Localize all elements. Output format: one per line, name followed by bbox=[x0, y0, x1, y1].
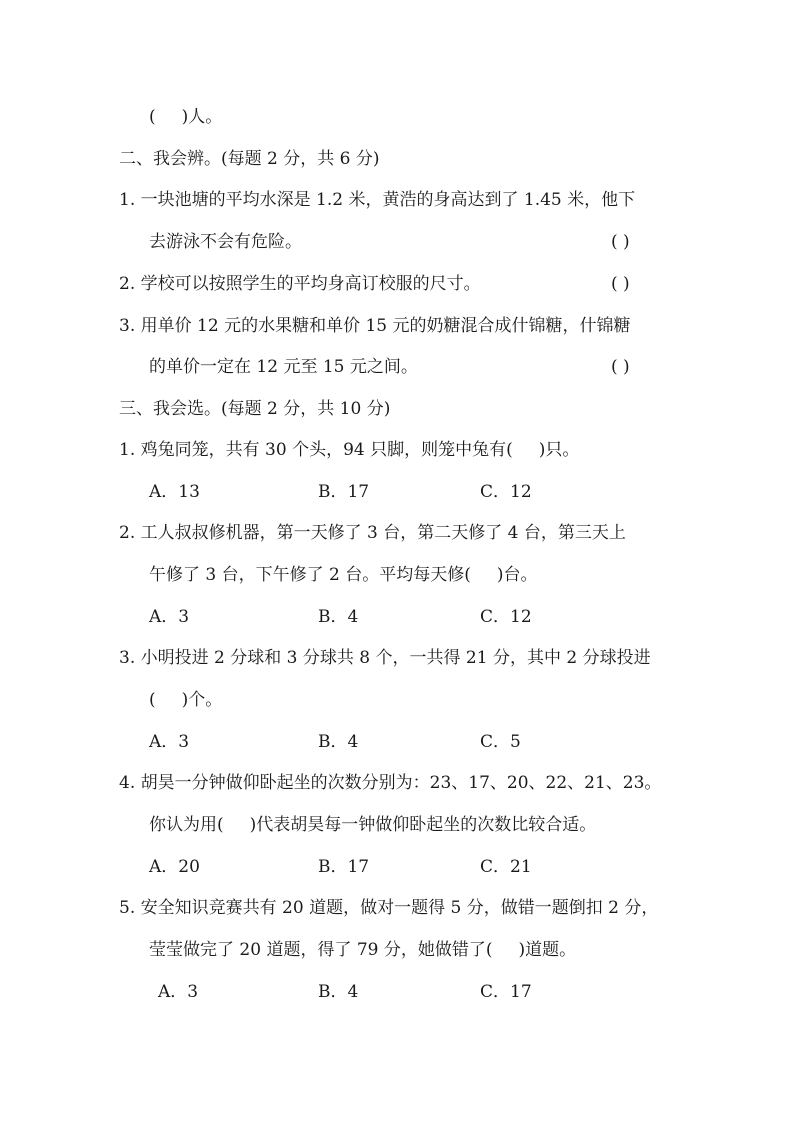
s2-q3-answer-box[interactable]: ( ) bbox=[611, 356, 630, 378]
question-text: ( bbox=[149, 690, 156, 710]
s3-q3-option-c[interactable]: C．5 bbox=[480, 731, 521, 753]
s3-q5-line1: 5. 安全知识竞赛共有 20 道题，做对一题得 5 分，做错一题倒扣 2 分， bbox=[119, 897, 658, 919]
carryover-line: ()人。 bbox=[149, 106, 222, 128]
s3-q2-line1: 2. 工人叔叔修机器，第一天修了 3 台，第二天修了 4 台，第三天上 bbox=[119, 522, 626, 544]
question-number: 2. bbox=[119, 274, 135, 294]
s3-q4-option-c[interactable]: C．21 bbox=[480, 856, 532, 878]
question-text: 你认为用( bbox=[149, 815, 224, 835]
question-number: 4. bbox=[119, 773, 135, 793]
question-number: 3. bbox=[119, 648, 135, 668]
question-number: 1. bbox=[119, 190, 135, 210]
question-text: 小明投进 2 分球和 3 分球共 8 个，一共得 21 分，其中 2 分球投进 bbox=[141, 648, 651, 668]
question-text: 工人叔叔修机器，第一天修了 3 台，第二天修了 4 台，第三天上 bbox=[141, 523, 626, 543]
question-text: 用单价 12 元的水果糖和单价 15 元的奶糖混合成什锦糖，什锦糖 bbox=[141, 316, 631, 336]
s3-q2-option-c[interactable]: C．12 bbox=[480, 606, 532, 628]
s2-q3-line2: 的单价一定在 12 元至 15 元之间。 bbox=[149, 356, 418, 378]
s2-q1-line2: 去游泳不会有危险。 bbox=[149, 231, 302, 253]
question-text: 胡昊一分钟做仰卧起坐的次数分别为：23、17、20、22、21、23。 bbox=[141, 773, 662, 793]
s3-q3-line2: ()个。 bbox=[149, 689, 222, 711]
question-number: 5. bbox=[119, 898, 135, 918]
question-number: 1. bbox=[119, 440, 135, 460]
question-text: 莹莹做完了 20 道题，得了 79 分，她做错了( bbox=[149, 940, 493, 960]
question-text: 学校可以按照学生的平均身高订校服的尺寸。 bbox=[141, 274, 481, 294]
s3-q1-option-c[interactable]: C．12 bbox=[480, 481, 532, 503]
s3-q5-option-c[interactable]: C．17 bbox=[480, 981, 532, 1003]
question-text: )只。 bbox=[539, 440, 580, 460]
section2-heading: 二、我会辨。(每题 2 分，共 6 分) bbox=[119, 148, 380, 170]
s3-q2-option-a[interactable]: A．3 bbox=[149, 606, 189, 628]
s3-q3-option-a[interactable]: A．3 bbox=[149, 731, 189, 753]
question-text: 一块池塘的平均水深是 1.2 米，黄浩的身高达到了 1.45 米，他下 bbox=[141, 190, 636, 210]
s2-q2-line1: 2. 学校可以按照学生的平均身高订校服的尺寸。 bbox=[119, 273, 481, 295]
s3-q2-line2: 午修了 3 台，下午修了 2 台。平均每天修()台。 bbox=[149, 564, 538, 586]
s3-q4-line1: 4. 胡昊一分钟做仰卧起坐的次数分别为：23、17、20、22、21、23。 bbox=[119, 772, 661, 794]
s2-q3-line1: 3. 用单价 12 元的水果糖和单价 15 元的奶糖混合成什锦糖，什锦糖 bbox=[119, 315, 631, 337]
s3-q5-option-a[interactable]: A．3 bbox=[158, 981, 198, 1003]
s3-q4-option-a[interactable]: A．20 bbox=[149, 856, 200, 878]
question-number: 3. bbox=[119, 316, 135, 336]
section3-heading: 三、我会选。(每题 2 分，共 10 分) bbox=[119, 398, 390, 420]
s2-q1-line1: 1. 一块池塘的平均水深是 1.2 米，黄浩的身高达到了 1.45 米，他下 bbox=[119, 189, 635, 211]
s2-q2-answer-box[interactable]: ( ) bbox=[611, 273, 630, 295]
question-text: )台。 bbox=[497, 565, 538, 585]
s3-q1-option-b[interactable]: B．17 bbox=[318, 481, 369, 503]
s3-q4-line2: 你认为用()代表胡昊每一钟做仰卧起坐的次数比较合适。 bbox=[149, 814, 596, 836]
question-number: 2. bbox=[119, 523, 135, 543]
s3-q3-option-b[interactable]: B．4 bbox=[318, 731, 358, 753]
s3-q1-line1: 1. 鸡兔同笼，共有 30 个头，94 只脚，则笼中兔有()只。 bbox=[119, 439, 579, 461]
s3-q4-option-b[interactable]: B．17 bbox=[318, 856, 369, 878]
s3-q2-option-b[interactable]: B．4 bbox=[318, 606, 358, 628]
question-text: )道题。 bbox=[519, 940, 577, 960]
question-text: 鸡兔同笼，共有 30 个头，94 只脚，则笼中兔有( bbox=[141, 440, 513, 460]
question-text: )代表胡昊每一钟做仰卧起坐的次数比较合适。 bbox=[250, 815, 597, 835]
s3-q5-line2: 莹莹做完了 20 道题，得了 79 分，她做错了()道题。 bbox=[149, 939, 576, 961]
s3-q3-line1: 3. 小明投进 2 分球和 3 分球共 8 个，一共得 21 分，其中 2 分球… bbox=[119, 647, 651, 669]
carryover-text: )人。 bbox=[182, 107, 223, 127]
question-text: 安全知识竞赛共有 20 道题，做对一题得 5 分，做错一题倒扣 2 分， bbox=[141, 898, 659, 918]
s2-q1-answer-box[interactable]: ( ) bbox=[611, 231, 630, 253]
s3-q5-option-b[interactable]: B．4 bbox=[318, 981, 358, 1003]
question-text: )个。 bbox=[182, 690, 223, 710]
question-text: 午修了 3 台，下午修了 2 台。平均每天修( bbox=[149, 565, 471, 585]
s3-q1-option-a[interactable]: A．13 bbox=[149, 481, 200, 503]
